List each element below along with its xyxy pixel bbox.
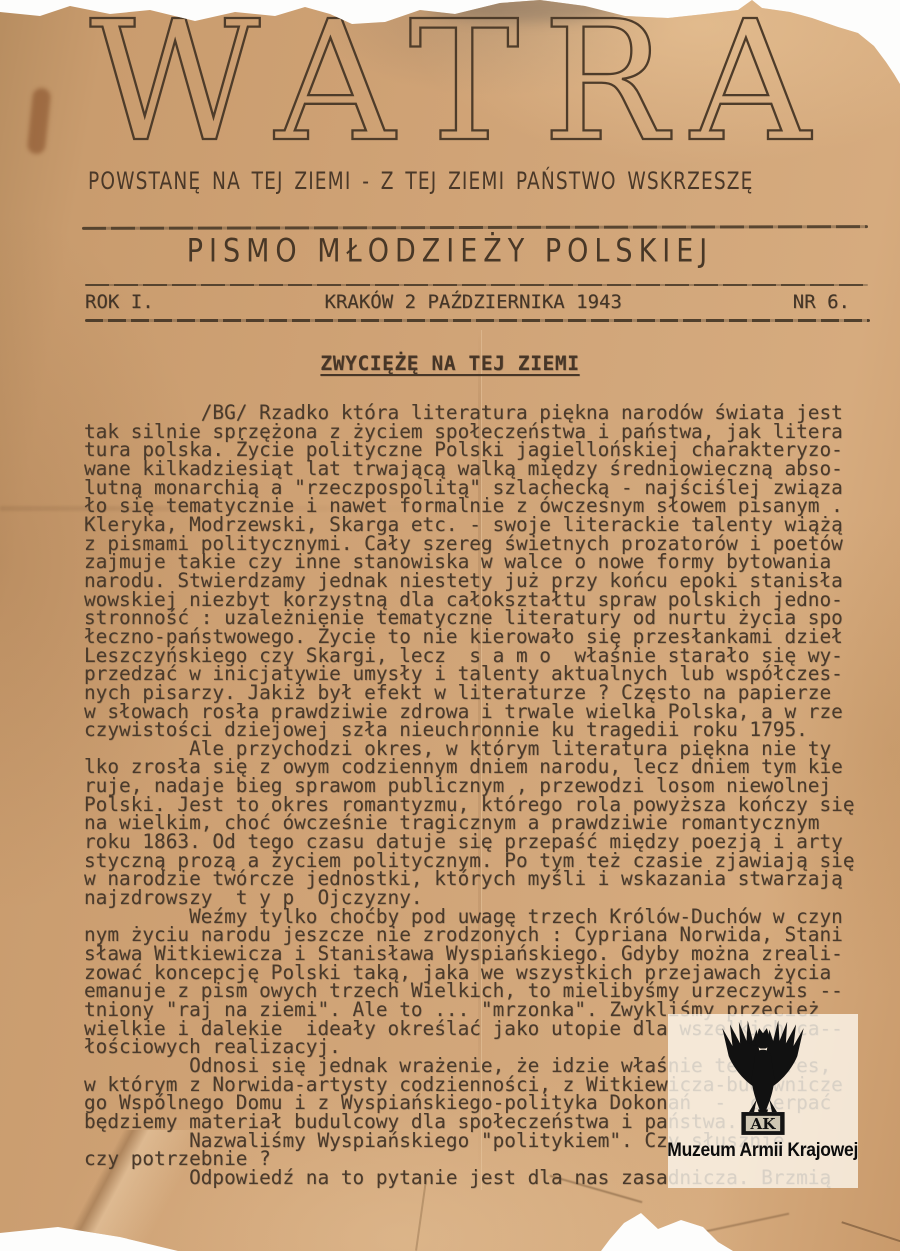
bottom-middle-crease <box>415 1180 427 1251</box>
bottom-right-crease <box>841 1221 900 1245</box>
museum-watermark: AK Muzeum Armii Krajowej <box>668 1014 858 1188</box>
ak-badge-text: AK <box>749 1115 776 1133</box>
ak-eagle-icon: AK <box>699 1018 827 1140</box>
issue-info-row: ROK I. KRAKÓW 2 PAŹDZIERNIKA 1943 NR 6. <box>85 291 850 313</box>
volume-label: ROK I. <box>85 291 154 313</box>
masthead-subtitle: PISMO MŁODZIEŻY POLSKIEJ <box>0 233 900 270</box>
newspaper-title: WATRA <box>0 0 900 166</box>
article-headline: ZWYCIĘŻĘ NA TEJ ZIEMI <box>0 352 900 375</box>
bottom-tear-crease <box>701 1213 789 1234</box>
masthead-motto: POWSTANĘ NA TEJ ZIEMI - Z TEJ ZIEMI PAŃS… <box>88 166 754 195</box>
scanned-newspaper-page: WATRA POWSTANĘ NA TEJ ZIEMI - Z TEJ ZIEM… <box>0 0 900 1251</box>
issue-number-label: NR 6. <box>793 291 850 313</box>
place-date-label: KRAKÓW 2 PAŹDZIERNIKA 1943 <box>325 291 622 313</box>
watermark-label: Muzeum Armii Krajowej <box>668 1140 859 1162</box>
masthead-divider-middle <box>85 284 868 286</box>
masthead-divider-top <box>82 225 868 230</box>
masthead-divider-bottom <box>85 319 870 322</box>
